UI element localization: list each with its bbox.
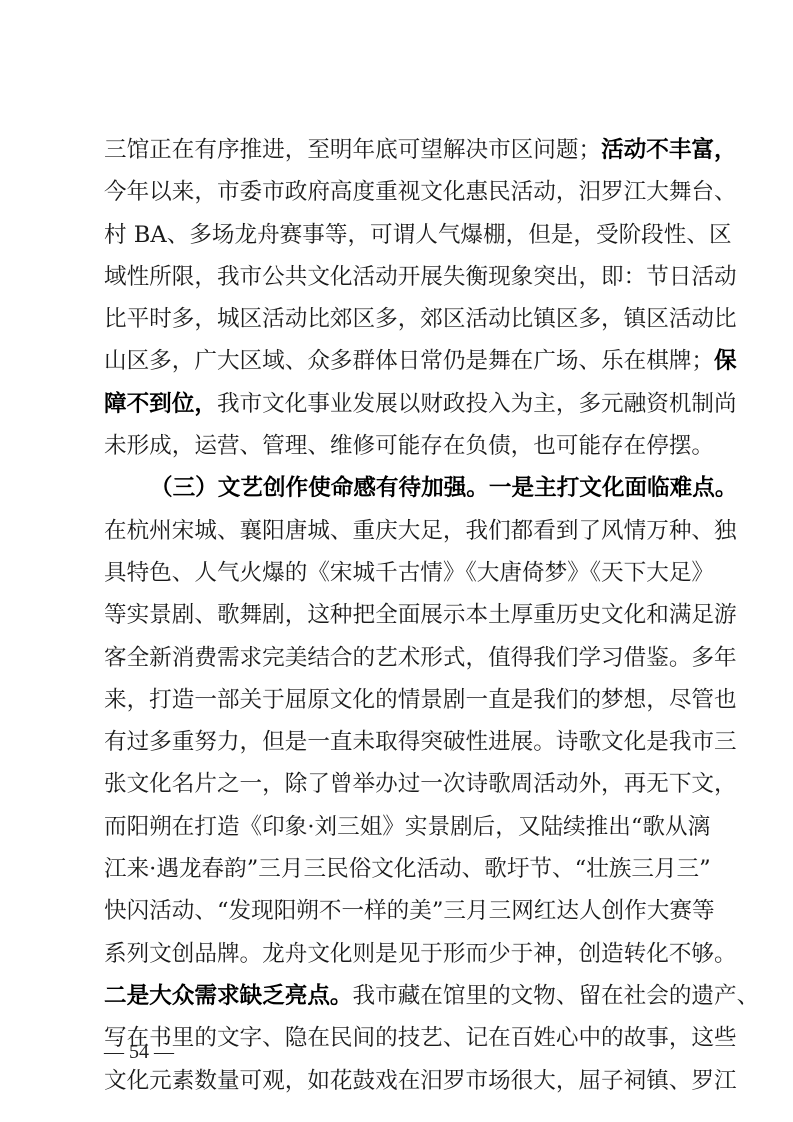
text-run: 有过多重努力，但是一直未取得突破性进展。诗歌文化是我市三 — [104, 729, 737, 755]
text-run: 我市藏在馆里的文物、留在社会的遗产、 — [353, 983, 760, 1009]
text-run: 客全新消费需求完美结合的艺术形式，值得我们学习借鉴。多年 — [104, 645, 737, 671]
text-line: 写在书里的文字、隐在民间的技艺、记在百姓心中的故事，这些 — [104, 1017, 692, 1059]
text-run: 在杭州宋城、襄阳唐城、重庆大足，我们都看到了风情万种、独 — [104, 518, 737, 544]
text-run: 系列文创品牌。龙舟文化则是见于形而少于神，创造转化不够。 — [104, 941, 737, 967]
bold-phrase: 活动不丰富， — [601, 137, 737, 163]
text-line: 客全新消费需求完美结合的艺术形式，值得我们学习借鉴。多年 — [104, 637, 692, 679]
text-line: 三馆正在有序推进，至明年底可望解决市区问题；活动不丰富， — [104, 129, 692, 171]
document-body: 三馆正在有序推进，至明年底可望解决市区问题；活动不丰富，今年以来，市委市政府高度… — [104, 129, 692, 1102]
text-line: 具特色、人气火爆的《宋城千古情》《大唐倚梦》《天下大足》 — [104, 552, 692, 594]
text-line: 张文化名片之一，除了曾举办过一次诗歌周活动外，再无下文， — [104, 763, 692, 805]
text-run: 三馆正在有序推进，至明年底可望解决市区问题； — [104, 137, 601, 163]
text-line: 村 BA、多场龙舟赛事等，可谓人气爆棚，但是，受阶段性、区 — [104, 214, 692, 256]
text-line: 障不到位，我市文化事业发展以财政投入为主，多元融资机制尚 — [104, 383, 692, 425]
text-run: 等实景剧、歌舞剧，这种把全面展示本土厚重历史文化和满足游 — [104, 602, 737, 628]
text-run: 域性所限，我市公共文化活动开展失衡现象突出，即：节日活动 — [104, 264, 737, 290]
text-run: 江来·遇龙春韵”三月三民俗文化活动、歌圩节、“壮族三月三” — [104, 856, 711, 882]
text-run: 文化元素数量可观，如花鼓戏在汨罗市场很大，屈子祠镇、罗江 — [104, 1068, 737, 1094]
text-line: 有过多重努力，但是一直未取得突破性进展。诗歌文化是我市三 — [104, 721, 692, 763]
text-run: 今年以来，市委市政府高度重视文化惠民活动，汨罗江大舞台、 — [104, 179, 737, 205]
text-line: 未形成，运营、管理、维修可能存在负债，也可能存在停摆。 — [104, 425, 692, 467]
text-line: 来，打造一部关于屈原文化的情景剧一直是我们的梦想，尽管也 — [104, 679, 692, 721]
text-run: 写在书里的文字、隐在民间的技艺、记在百姓心中的故事，这些 — [104, 1025, 737, 1051]
text-line: 而阳朔在打造《印象·刘三姐》实景剧后，又陆续推出“歌从漓 — [104, 806, 692, 848]
bold-phrase: 障不到位， — [104, 391, 217, 417]
text-line: 快闪活动、“发现阳朔不一样的美”三月三网红达人创作大赛等 — [104, 890, 692, 932]
text-line: 文化元素数量可观，如花鼓戏在汨罗市场很大，屈子祠镇、罗江 — [104, 1060, 692, 1102]
bold-phrase: 二是大众需求缺乏亮点。 — [104, 983, 353, 1009]
text-line: 比平时多，城区活动比郊区多，郊区活动比镇区多，镇区活动比 — [104, 298, 692, 340]
text-run: 我市文化事业发展以财政投入为主，多元融资机制尚 — [217, 391, 737, 417]
text-line: 江来·遇龙春韵”三月三民俗文化活动、歌圩节、“壮族三月三” — [104, 848, 692, 890]
text-line: 系列文创品牌。龙舟文化则是见于形而少于神，创造转化不够。 — [104, 933, 692, 975]
text-line: 等实景剧、歌舞剧，这种把全面展示本土厚重历史文化和满足游 — [104, 594, 692, 636]
text-run: 张文化名片之一，除了曾举办过一次诗歌周活动外，再无下文， — [104, 771, 737, 797]
text-line: 域性所限，我市公共文化活动开展失衡现象突出，即：节日活动 — [104, 256, 692, 298]
section-heading-line: （三）文艺创作使命感有待加强。一是主打文化面临难点。 — [104, 467, 692, 509]
text-run: 快闪活动、“发现阳朔不一样的美”三月三网红达人创作大赛等 — [104, 898, 715, 924]
text-line: 二是大众需求缺乏亮点。我市藏在馆里的文物、留在社会的遗产、 — [104, 975, 692, 1017]
text-run: 来，打造一部关于屈原文化的情景剧一直是我们的梦想，尽管也 — [104, 687, 737, 713]
page-number: — 54 — — [104, 1041, 174, 1064]
text-run: 未形成，运营、管理、维修可能存在负债，也可能存在停摆。 — [104, 433, 714, 459]
text-line: 今年以来，市委市政府高度重视文化惠民活动，汨罗江大舞台、 — [104, 171, 692, 213]
text-line: 在杭州宋城、襄阳唐城、重庆大足，我们都看到了风情万种、独 — [104, 510, 692, 552]
text-run: 村 BA、多场龙舟赛事等，可谓人气爆棚，但是，受阶段性、区 — [104, 222, 732, 248]
text-run: 而阳朔在打造《印象·刘三姐》实景剧后，又陆续推出“歌从漓 — [104, 814, 710, 840]
text-run: 山区多，广大区域、众多群体日常仍是舞在广场、乐在棋牌； — [104, 348, 714, 374]
bold-phrase: （三）文艺创作使命感有待加强。一是主打文化面临难点。 — [150, 475, 737, 501]
text-run: 具特色、人气火爆的《宋城千古情》《大唐倚梦》《天下大足》 — [104, 560, 714, 586]
bold-phrase: 保 — [714, 348, 737, 374]
text-line: 山区多，广大区域、众多群体日常仍是舞在广场、乐在棋牌；保 — [104, 340, 692, 382]
text-run: 比平时多，城区活动比郊区多，郊区活动比镇区多，镇区活动比 — [104, 306, 737, 332]
